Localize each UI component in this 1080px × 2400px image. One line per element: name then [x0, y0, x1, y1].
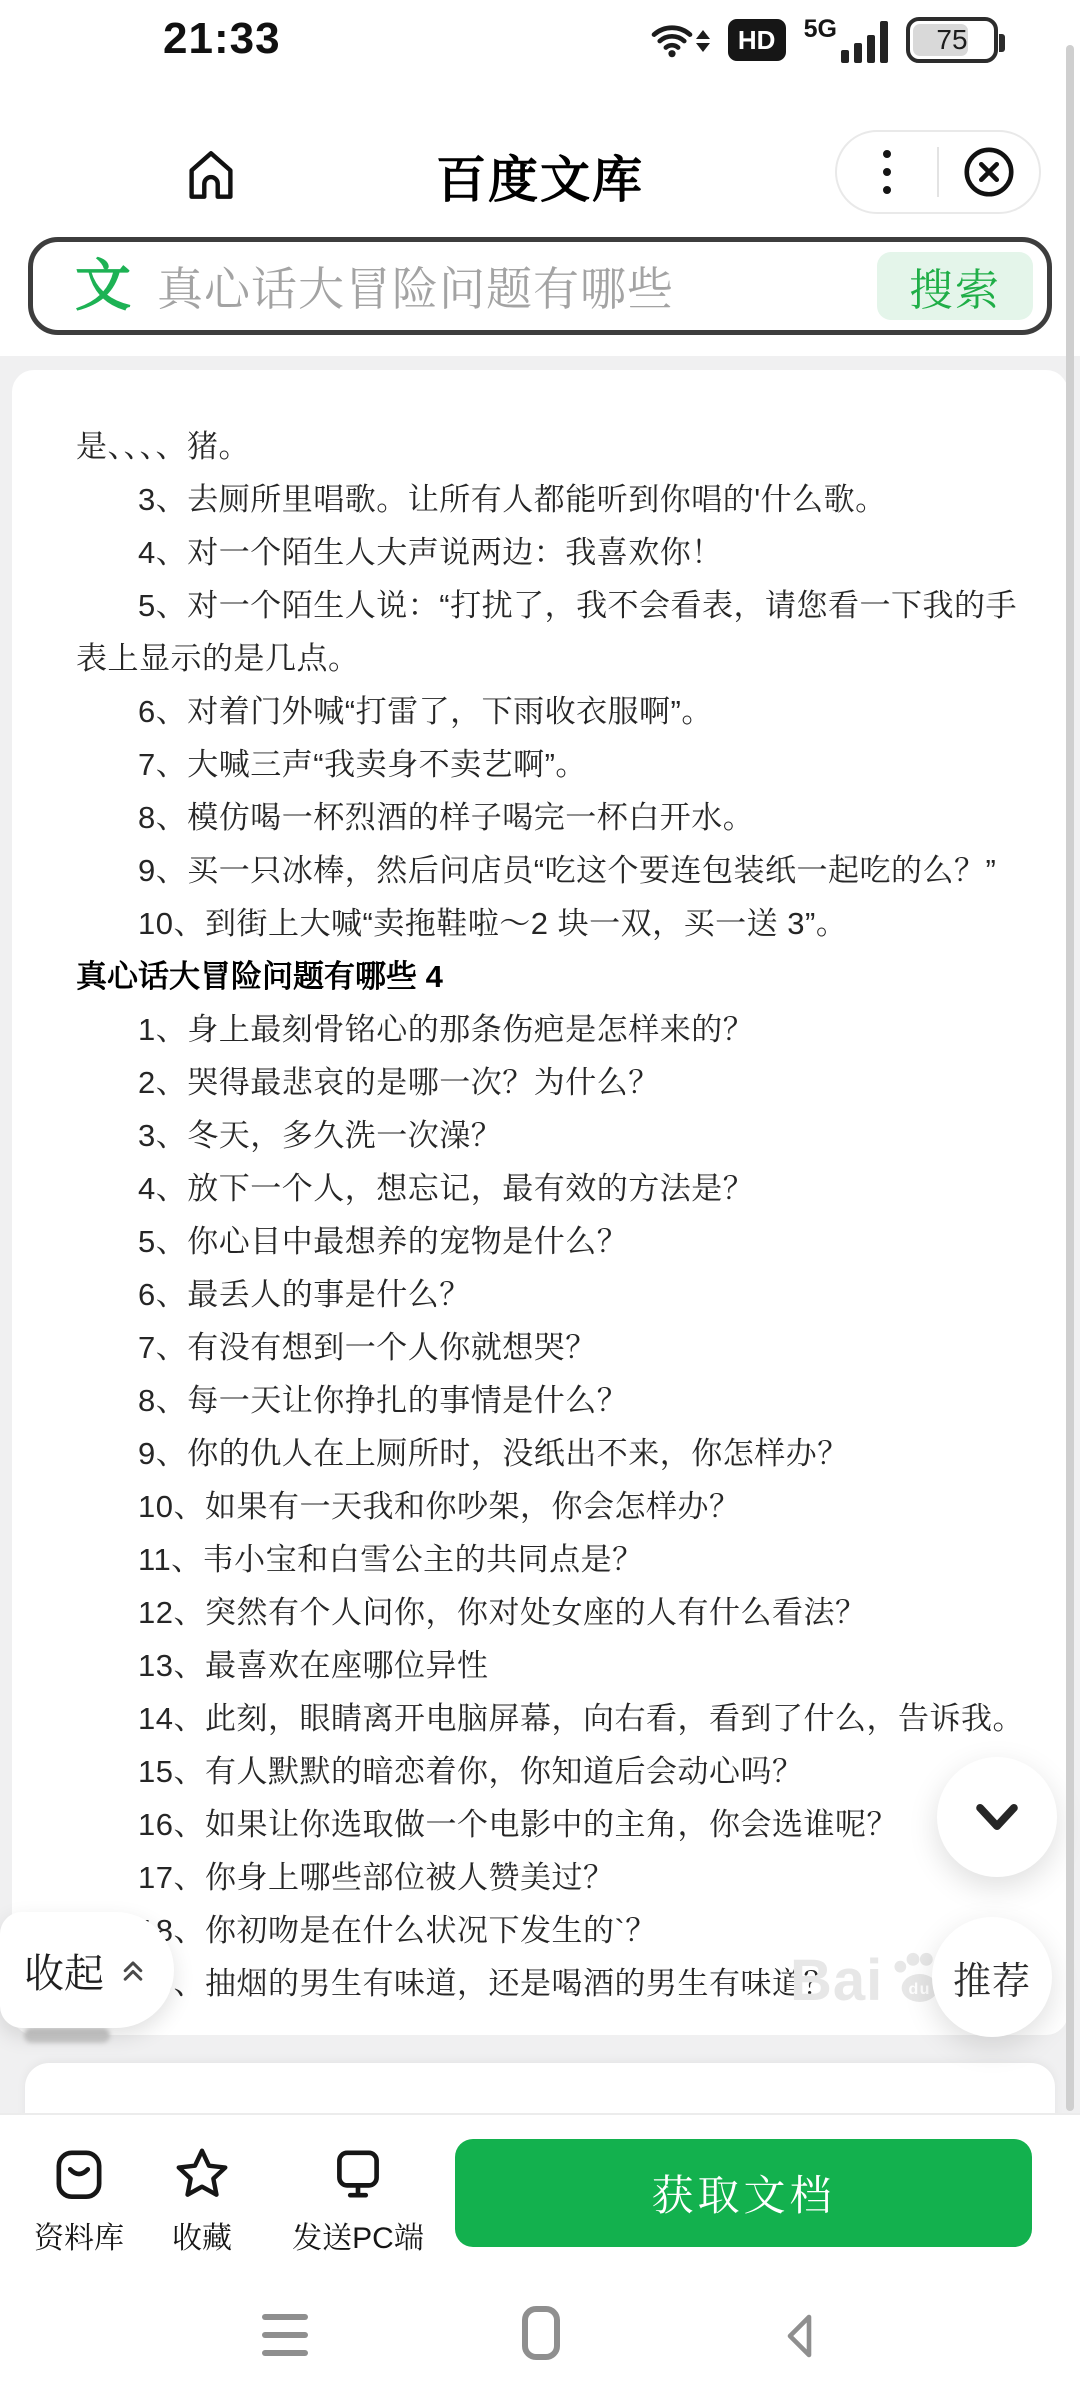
close-icon — [960, 143, 1018, 201]
menu-button[interactable] — [837, 132, 937, 212]
document-line: 9、买一只冰棒，然后问店员“吃这个要连包装纸一起吃的么？” — [76, 844, 1032, 897]
monitor-icon — [327, 2143, 389, 2205]
collapse-button[interactable]: 收起 — [0, 1912, 174, 2028]
document-line: 7、有没有想到一个人你就想哭？ — [76, 1321, 1032, 1374]
document-line: 5、对一个陌生人说：“打扰了，我不会看表，请您看一下我的手表上显示的是几点。 — [76, 579, 1032, 685]
scrollbar[interactable] — [1066, 45, 1074, 2111]
header: 百度文库 — [0, 118, 1080, 230]
chevron-down-icon — [971, 1797, 1023, 1837]
document-line: 4、放下一个人，想忘记，最有效的方法是？ — [76, 1162, 1032, 1215]
document-line: 13、最喜欢在座哪位异性 — [76, 1639, 1032, 1692]
chevrons-up-icon — [116, 1953, 150, 1987]
library-icon — [48, 2143, 110, 2205]
document-line: 15、有人默默的暗恋着你，你知道后会动心吗？ — [76, 1745, 1032, 1798]
document-line: 17、你身上哪些部位被人赞美过？ — [76, 1851, 1032, 1904]
wenku-logo-icon: 文 — [75, 258, 131, 314]
miniapp-capsule — [835, 130, 1041, 214]
recents-button[interactable] — [262, 2314, 308, 2356]
clock: 21:33 — [163, 14, 281, 64]
kebab-menu-icon — [883, 150, 891, 194]
wifi-arrows-icon — [696, 30, 710, 52]
document-line: 11、韦小宝和白雪公主的共同点是？ — [76, 1533, 1032, 1586]
system-nav-bar — [0, 2280, 1080, 2400]
search-button[interactable]: 搜索 — [877, 252, 1033, 320]
recommend-button[interactable]: 推荐 — [932, 1917, 1052, 2037]
document-body: 是、、、、猪。3、去厕所里唱歌。让所有人都能听到你唱的'什么歌。4、对一个陌生人… — [76, 420, 1032, 2010]
document-heading: 真心话大冒险问题有哪些 4 — [76, 950, 1032, 1003]
network-type-label: 5G — [804, 17, 837, 42]
bottom-action-bar: 资料库 收藏 发送PC端 获取文档 — [0, 2113, 1080, 2280]
document-line: 14、此刻，眼睛离开电脑屏幕，向右看，看到了什么，告诉我。 — [76, 1692, 1032, 1745]
baidu-wenku-page: 21:33 HD 5G 75 — [0, 0, 1080, 2400]
home-nav-button[interactable] — [522, 2306, 560, 2360]
document-line: 6、对着门外喊“打雷了，下雨收衣服啊”。 — [76, 685, 1032, 738]
document-line: 9、你的仇人在上厕所时，没纸出不来，你怎样办？ — [76, 1427, 1032, 1480]
scroll-down-button[interactable] — [937, 1757, 1057, 1877]
document-line: 10、到街上大喊“卖拖鞋啦～2 块一双，买一送 3”。 — [76, 897, 1032, 950]
document-line: 2、哭得最悲哀的是哪一次？为什么？ — [76, 1056, 1032, 1109]
search-input[interactable]: 真心话大冒险问题有哪些 — [157, 253, 877, 319]
document-line: 3、冬天，多久洗一次澡？ — [76, 1109, 1032, 1162]
document-line: 7、大喊三声“我卖身不卖艺啊”。 — [76, 738, 1032, 791]
document-line: 8、模仿喝一杯烈酒的样子喝完一杯白开水。 — [76, 791, 1032, 844]
document-line: 8、每一天让你挣扎的事情是什么？ — [76, 1374, 1032, 1427]
search-bar[interactable]: 文 真心话大冒险问题有哪些 搜索 — [28, 237, 1052, 335]
close-button[interactable] — [939, 132, 1039, 212]
wifi-icon — [650, 22, 710, 58]
document-line: 4、对一个陌生人大声说两边：我喜欢你！ — [76, 526, 1032, 579]
star-icon — [171, 2143, 233, 2205]
collapse-shadow — [24, 2028, 110, 2043]
document-viewer[interactable]: 是、、、、猪。3、去厕所里唱歌。让所有人都能听到你唱的'什么歌。4、对一个陌生人… — [12, 370, 1068, 2035]
send-to-pc-button[interactable]: 发送PC端 — [268, 2143, 448, 2257]
battery-icon: 75 — [906, 17, 998, 63]
status-bar: 21:33 HD 5G 75 — [0, 0, 1080, 80]
document-line: 5、你心目中最想养的宠物是什么？ — [76, 1215, 1032, 1268]
document-line: 6、最丢人的事是什么？ — [76, 1268, 1032, 1321]
hd-badge-icon: HD — [728, 19, 786, 61]
library-button[interactable]: 资料库 — [20, 2143, 138, 2257]
document-line: 3、去厕所里唱歌。让所有人都能听到你唱的'什么歌。 — [76, 473, 1032, 526]
signal-icon: 5G — [804, 17, 888, 63]
document-line: 是、、、、猪。 — [76, 420, 1032, 473]
favorite-button[interactable]: 收藏 — [146, 2143, 258, 2257]
get-document-button[interactable]: 获取文档 — [455, 2139, 1032, 2247]
status-icons: HD 5G 75 — [650, 10, 998, 70]
document-line: 10、如果有一天我和你吵架，你会怎样办？ — [76, 1480, 1032, 1533]
document-line: 12、突然有个人问你，你对处女座的人有什么看法？ — [76, 1586, 1032, 1639]
document-line: 1、身上最刻骨铭心的那条伤疤是怎样来的？ — [76, 1003, 1032, 1056]
battery-percent: 75 — [936, 24, 967, 56]
document-line: 16、如果让你选取做一个电影中的主角，你会选谁呢？ — [76, 1798, 1032, 1851]
svg-text:du: du — [909, 1981, 931, 1998]
back-button[interactable] — [778, 2308, 820, 2364]
